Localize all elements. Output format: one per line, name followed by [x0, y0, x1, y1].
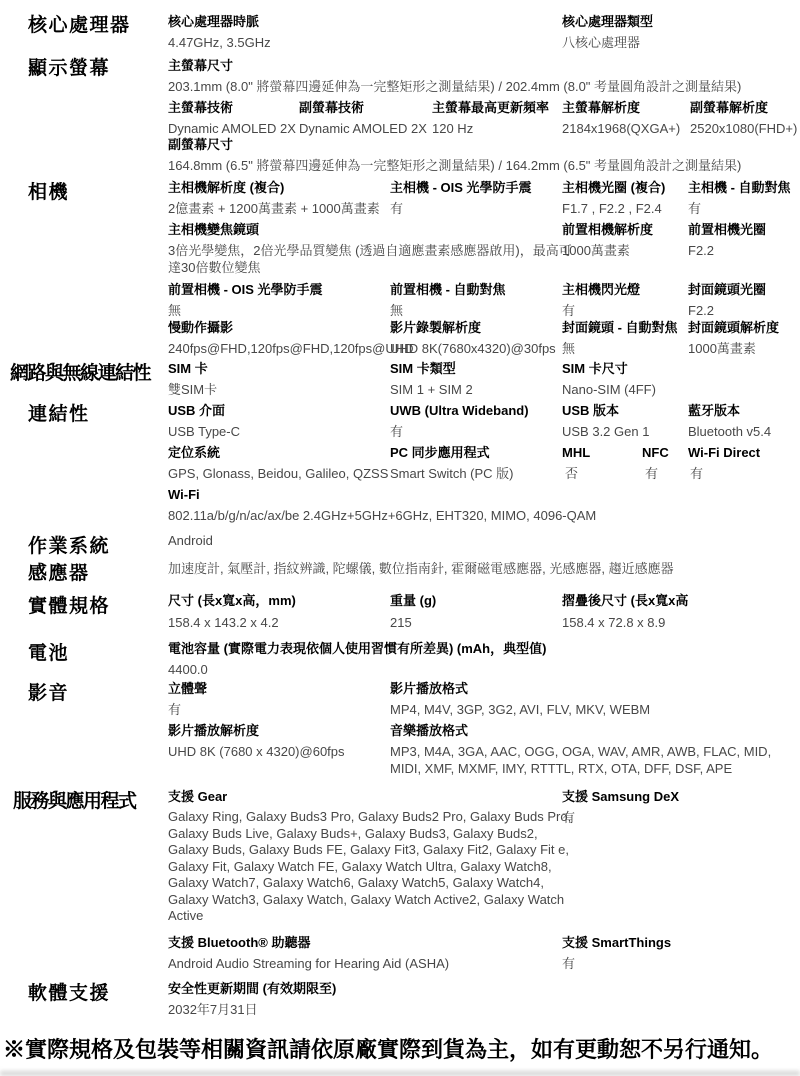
spec-value-sim-size: Nano-SIM (4FF): [562, 381, 656, 398]
spec-label-front-cam-af: 前置相機 - 自動對焦: [390, 281, 506, 298]
spec-label-cover-cam-af: 封面鏡頭 - 自動對焦: [562, 319, 678, 336]
spec-value-front-cam-res: 1000萬畫素: [562, 242, 630, 259]
spec-value-cover-cam-res: 1000萬畫素: [688, 340, 756, 357]
spec-label-cpu-type: 核心處理器類型: [562, 13, 653, 30]
spec-value-sensors: 加速度計, 氣壓計, 指紋辨識, 陀螺儀, 數位指南針, 霍爾磁電感應器, 光感…: [168, 560, 674, 577]
spec-label-video-playback-res: 影片播放解析度: [168, 722, 259, 739]
spec-label-front-cam-aperture: 前置相機光圈: [688, 221, 766, 238]
spec-label-uwb: UWB (Ultra Wideband): [390, 402, 529, 419]
spec-value-video-format: MP4, M4V, 3GP, 3G2, AVI, FLV, MKV, WEBM: [390, 701, 650, 718]
spec-value-main-cam-zoom: 3倍光學變焦，2倍光學品質變焦 (透過自適應畫素感應器啟用)，最高可達30倍數位…: [168, 242, 572, 276]
spec-label-main-cam-ois: 主相機 - OIS 光學防手震: [390, 179, 532, 196]
spec-label-mhl: MHL: [562, 444, 590, 461]
spec-value-folded-dimensions: 158.4 x 72.8 x 8.9: [562, 614, 665, 631]
section-title-physical: 實體規格: [28, 591, 110, 618]
spec-value-wifi: 802.11a/b/g/n/ac/ax/be 2.4GHz+5GHz+6GHz,…: [168, 507, 596, 524]
spec-label-main-cam-af: 主相機 - 自動對焦: [688, 179, 791, 196]
spec-label-main-cam-zoom: 主相機變焦鏡頭: [168, 221, 259, 238]
section-title-display: 顯示螢幕: [28, 53, 110, 80]
spec-value-front-cam-af: 無: [390, 302, 403, 319]
section-title-services: 服務與應用程式: [13, 786, 136, 813]
spec-value-main-screen-res: 2184x1968(QXGA+): [562, 120, 680, 137]
spec-label-pc-sync: PC 同步應用程式: [390, 444, 490, 461]
spec-label-dex-support: 支援 Samsung DeX: [562, 788, 679, 805]
spec-label-stereo: 立體聲: [168, 680, 207, 697]
disclaimer-note: ※實際規格及包裝等相關資訊請依原廠實際到貨為主，如有更動恕不另行通知。: [3, 1033, 773, 1064]
spec-value-mhl: 否: [565, 465, 578, 482]
section-title-battery: 電池: [28, 638, 69, 665]
spec-value-main-cam-af: 有: [688, 200, 701, 217]
spec-value-usb-interface: USB Type-C: [168, 423, 240, 440]
spec-label-main-screen-res: 主螢幕解析度: [562, 99, 640, 116]
spec-value-slow-motion: 240fps@FHD,120fps@FHD,120fps@UHD: [168, 340, 414, 357]
spec-value-gps: GPS, Glonass, Beidou, Galileo, QZSS: [168, 465, 388, 482]
spec-value-main-cam-flash: 有: [562, 302, 575, 319]
spec-value-security-update: 2032年7月31日: [168, 1001, 258, 1018]
spec-label-battery-capacity: 電池容量 (實際電力表現依個人使用習慣有所差異) (mAh，典型值): [168, 640, 546, 657]
spec-value-main-cam-aperture: F1.7 , F2.2 , F2.4: [562, 200, 662, 217]
spec-label-sim-size: SIM 卡尺寸: [562, 360, 628, 377]
spec-value-sim: 雙SIM卡: [168, 381, 217, 398]
spec-label-cover-cam-res: 封面鏡頭解析度: [688, 319, 779, 336]
spec-value-main-screen-tech: Dynamic AMOLED 2X: [168, 120, 296, 137]
spec-value-cpu-type: 八核心處理器: [562, 34, 640, 51]
spec-label-main-screen-size: 主螢幕尺寸: [168, 57, 233, 74]
spec-value-video-recording-res: UHD 8K(7680x4320)@30fps: [390, 340, 556, 357]
spec-label-security-update: 安全性更新期間 (有效期限至): [168, 980, 336, 997]
spec-label-sim: SIM 卡: [168, 360, 208, 377]
spec-value-cover-screen-tech: Dynamic AMOLED 2X: [299, 120, 427, 137]
spec-value-front-cam-ois: 無: [168, 302, 181, 319]
spec-label-folded-dimensions: 摺疊後尺寸 (長x寬x高: [562, 592, 688, 609]
spec-page: 核心處理器 核心處理器時脈 核心處理器類型 4.47GHz, 3.5GHz 八核…: [0, 0, 800, 1076]
section-title-av: 影音: [28, 678, 69, 705]
spec-label-wifi: Wi-Fi: [168, 486, 200, 503]
spec-value-pc-sync: Smart Switch (PC 版): [390, 465, 514, 482]
spec-label-video-format: 影片播放格式: [390, 680, 468, 697]
spec-value-dimensions: 158.4 x 143.2 x 4.2: [168, 614, 279, 631]
spec-value-cover-screen-size: 164.8mm (6.5" 將螢幕四邊延伸為一完整矩形之測量結果) / 164.…: [168, 157, 741, 174]
spec-label-cover-screen-tech: 副螢幕技術: [299, 99, 364, 116]
spec-label-cover-cam-aperture: 封面鏡頭光圈: [688, 281, 766, 298]
section-title-network: 網路與無線連結性: [10, 358, 150, 385]
spec-value-wifi-direct: 有: [690, 465, 703, 482]
spec-label-main-cam-aperture: 主相機光圈 (複合): [562, 179, 665, 196]
spec-label-hearing-aid-support: 支援 Bluetooth® 助聽器: [168, 934, 310, 951]
spec-label-usb-interface: USB 介面: [168, 402, 225, 419]
spec-label-smartthings-support: 支援 SmartThings: [562, 934, 671, 951]
spec-value-stereo: 有: [168, 701, 181, 718]
spec-label-audio-format: 音樂播放格式: [390, 722, 468, 739]
spec-value-main-cam-ois: 有: [390, 200, 403, 217]
section-title-os: 作業系統: [28, 531, 110, 558]
spec-value-gear-support: Galaxy Ring, Galaxy Buds3 Pro, Galaxy Bu…: [168, 809, 572, 925]
spec-label-main-cam-res: 主相機解析度 (複合): [168, 179, 284, 196]
spec-label-cover-screen-res: 副螢幕解析度: [690, 99, 768, 116]
spec-value-cover-cam-aperture: F2.2: [688, 302, 714, 319]
section-title-processor: 核心處理器: [28, 10, 131, 37]
spec-value-cover-cam-af: 無: [562, 340, 575, 357]
spec-value-hearing-aid-support: Android Audio Streaming for Hearing Aid …: [168, 955, 449, 972]
bottom-cutoff-artifact: [0, 1071, 800, 1076]
spec-label-wifi-direct: Wi-Fi Direct: [688, 444, 760, 461]
spec-label-gear-support: 支援 Gear: [168, 788, 227, 805]
section-title-sensors: 感應器: [28, 558, 90, 585]
spec-label-nfc: NFC: [642, 444, 669, 461]
spec-value-cover-screen-res: 2520x1080(FHD+): [690, 120, 797, 137]
section-title-camera: 相機: [28, 177, 69, 204]
spec-value-usb-version: USB 3.2 Gen 1: [562, 423, 649, 440]
spec-value-main-cam-res: 2億畫素 + 1200萬畫素 + 1000萬畫素: [168, 200, 380, 217]
spec-label-video-recording-res: 影片錄製解析度: [390, 319, 481, 336]
spec-label-gps: 定位系統: [168, 444, 220, 461]
spec-label-cpu-clock: 核心處理器時脈: [168, 13, 259, 30]
spec-label-bluetooth-version: 藍牙版本: [688, 402, 740, 419]
spec-label-front-cam-res: 前置相機解析度: [562, 221, 653, 238]
spec-value-sim-type: SIM 1 + SIM 2: [390, 381, 473, 398]
spec-label-sim-type: SIM 卡類型: [390, 360, 456, 377]
section-title-connectivity: 連結性: [28, 399, 90, 426]
spec-value-bluetooth-version: Bluetooth v5.4: [688, 423, 771, 440]
spec-value-cpu-clock: 4.47GHz, 3.5GHz: [168, 34, 271, 51]
spec-value-audio-format: MP3, M4A, 3GA, AAC, OGG, OGA, WAV, AMR, …: [390, 743, 800, 777]
spec-label-refresh-rate: 主螢幕最高更新頻率: [432, 99, 549, 116]
spec-label-main-cam-flash: 主相機閃光燈: [562, 281, 640, 298]
spec-value-battery-capacity: 4400.0: [168, 661, 208, 678]
spec-value-dex-support: 有: [562, 809, 575, 826]
spec-label-usb-version: USB 版本: [562, 402, 619, 419]
spec-value-smartthings-support: 有: [562, 955, 575, 972]
spec-label-dimensions: 尺寸 (長x寬x高，mm): [168, 592, 296, 609]
spec-label-weight: 重量 (g): [390, 592, 436, 609]
spec-value-weight: 215: [390, 614, 412, 631]
spec-label-slow-motion: 慢動作攝影: [168, 319, 233, 336]
spec-label-cover-screen-size: 副螢幕尺寸: [168, 136, 233, 153]
spec-label-front-cam-ois: 前置相機 - OIS 光學防手震: [168, 281, 323, 298]
spec-value-video-playback-res: UHD 8K (7680 x 4320)@60fps: [168, 743, 345, 760]
section-title-software: 軟體支援: [28, 978, 110, 1005]
spec-value-os: Android: [168, 532, 213, 549]
spec-value-refresh-rate: 120 Hz: [432, 120, 473, 137]
spec-value-uwb: 有: [390, 423, 403, 440]
spec-label-main-screen-tech: 主螢幕技術: [168, 99, 233, 116]
spec-value-main-screen-size: 203.1mm (8.0" 將螢幕四邊延伸為一完整矩形之測量結果) / 202.…: [168, 78, 741, 95]
spec-value-front-cam-aperture: F2.2: [688, 242, 714, 259]
spec-value-nfc: 有: [645, 465, 658, 482]
